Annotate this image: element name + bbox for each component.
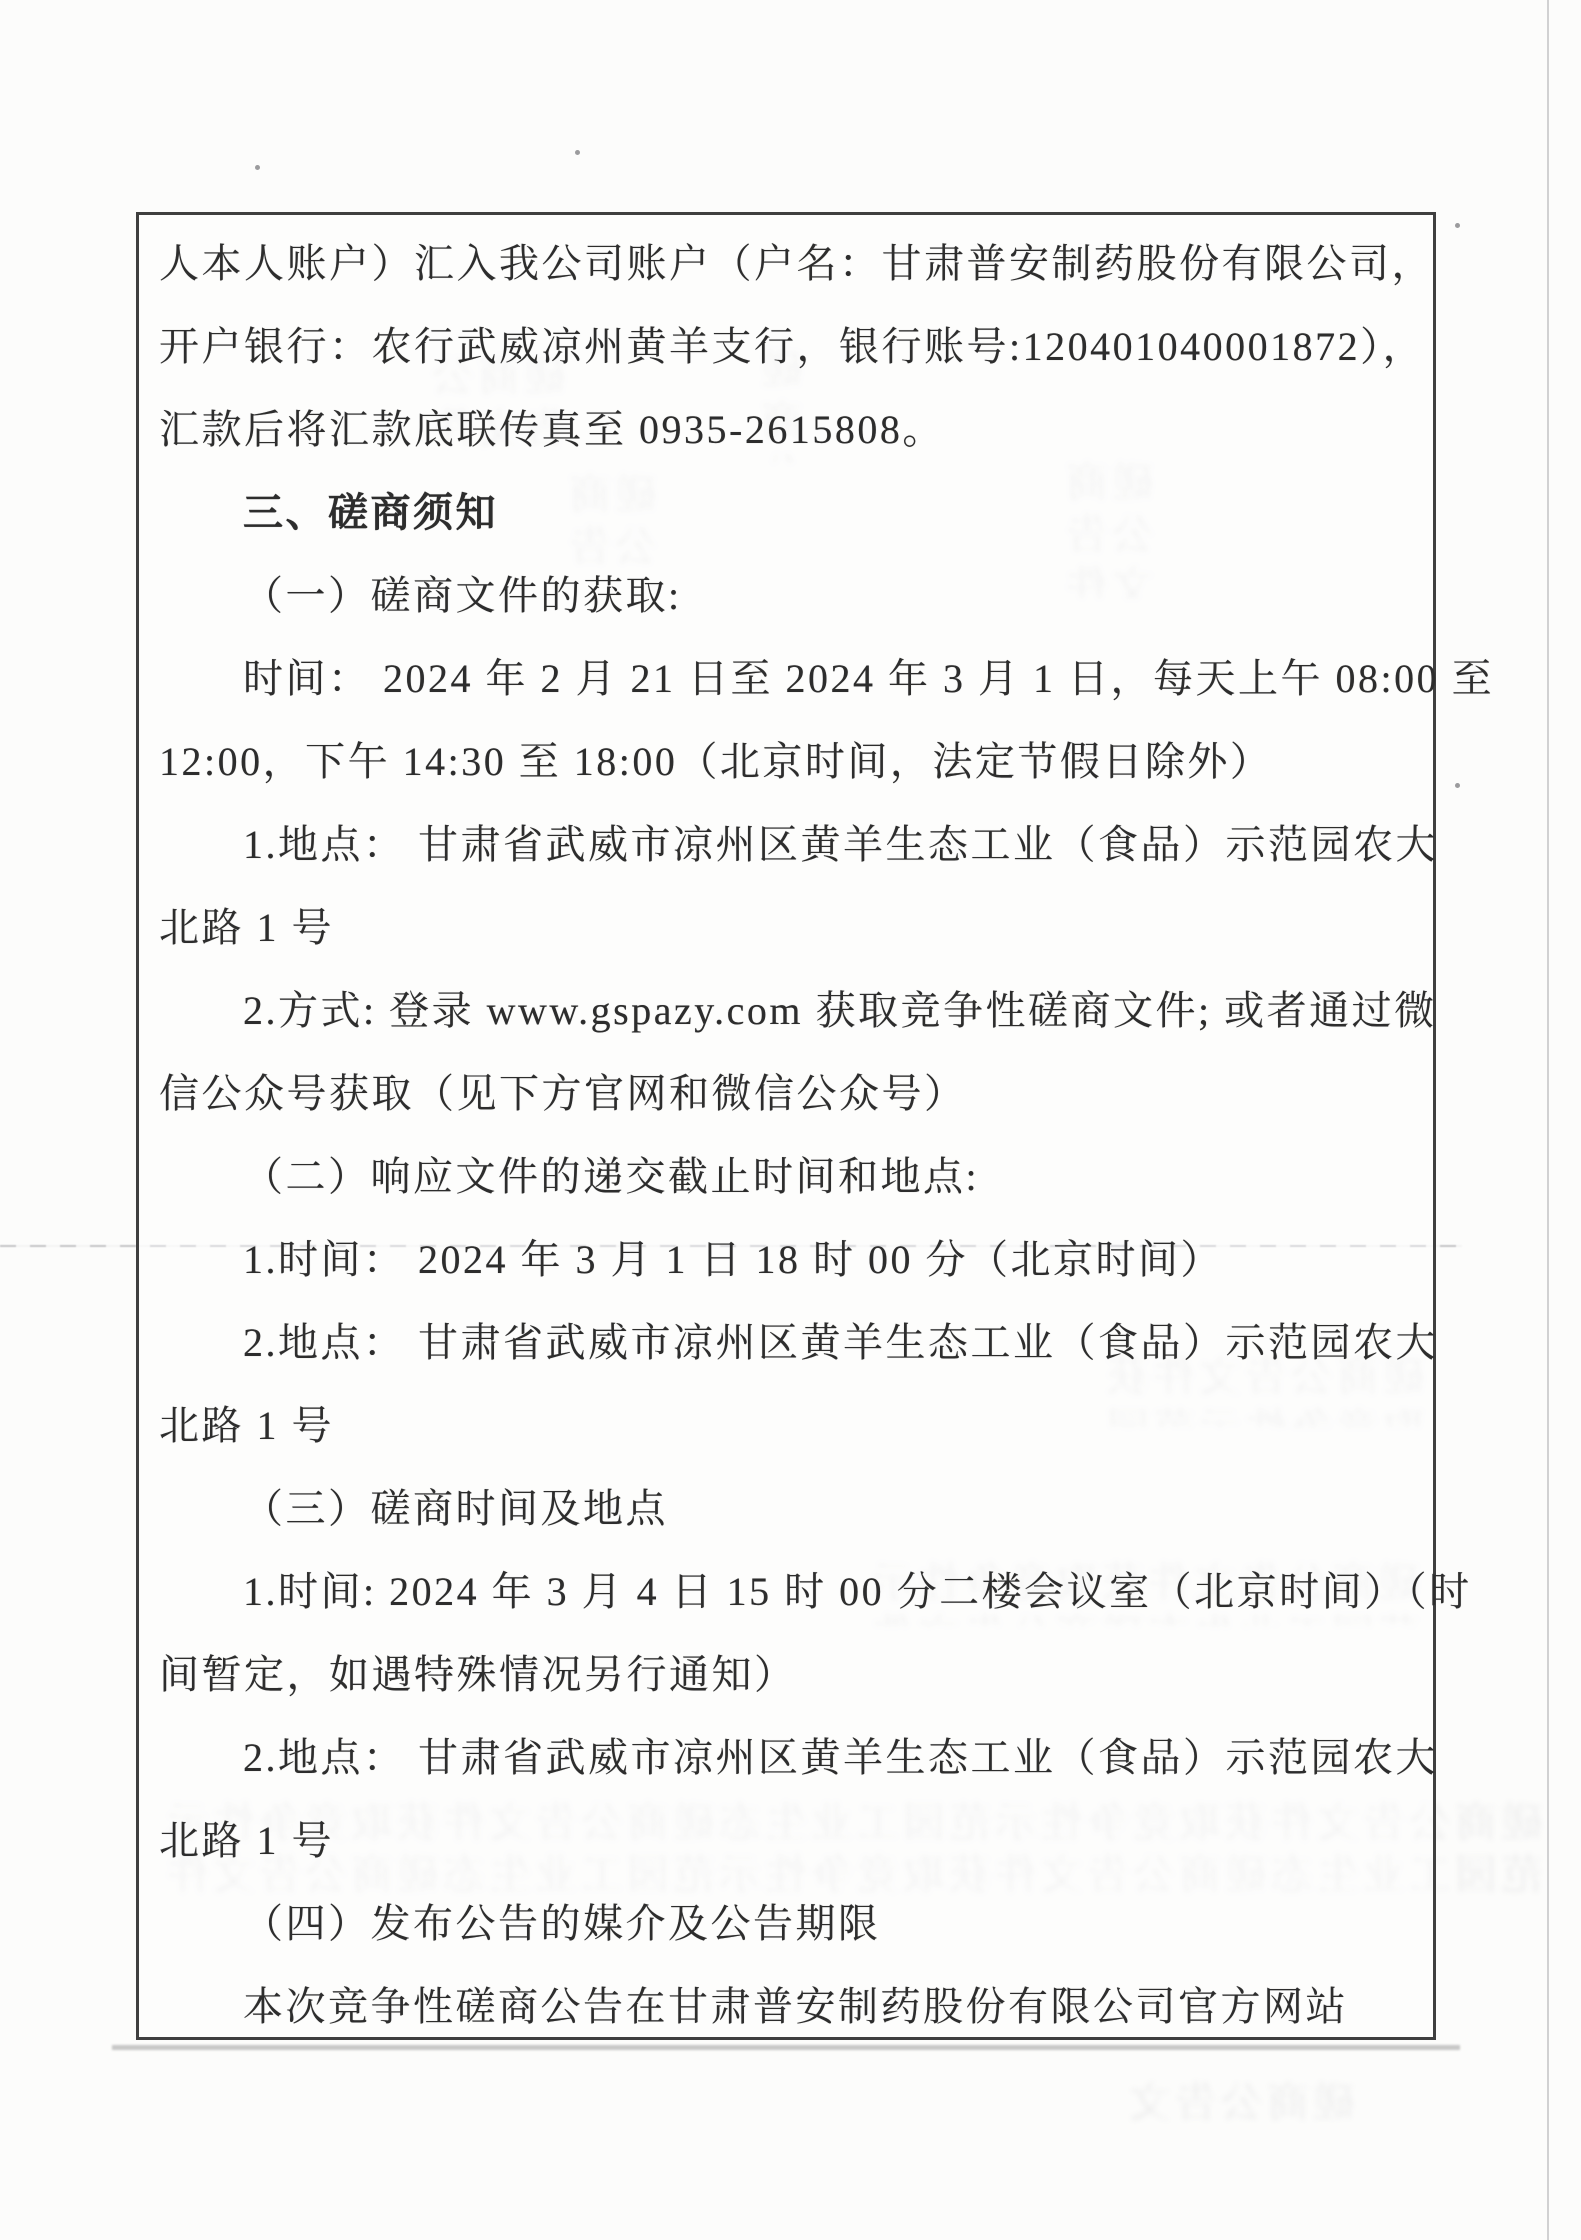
scanned-page: 磋商公告文件获取竞争性示范园工业生态磋商公告文件获取竞争性示范园工业生态磋商公告… [0,0,1581,2240]
text-line-22: 本次竞争性磋商公告在甘肃普安制药股份有限公司官方网站 [159,1965,1423,2048]
ink-speck-2 [575,150,580,155]
text-line-11: 信公众号获取（见下方官网和微信公众号） [159,1052,1423,1135]
ink-speck-3 [1455,223,1460,228]
text-line-10: 2.方式: 登录 www.gspazy.com 获取竞争性磋商文件; 或者通过微 [159,969,1423,1052]
red-seal-fragment: 【刘丶工彡卜 [1524,756,1581,1036]
text-line-15: 北路 1 号 [159,1384,1423,1467]
text-line-12: （二）响应文件的递交截止时间和地点: [159,1135,1423,1218]
text-line-5: （一）磋商文件的获取: [159,554,1423,637]
red-seal-marks: 【刘丶工彡卜 [1529,756,1581,1036]
text-line-13: 1.时间： 2024 年 3 月 1 日 18 时 00 分（北京时间） [159,1218,1423,1301]
document-border-frame: 人本人账户）汇入我公司账户（户名：甘肃普安制药股份有限公司，开户银行：农行武威凉… [136,212,1436,2040]
ink-speck-1 [255,165,260,170]
text-line-6: 时间： 2024 年 2 月 21 日至 2024 年 3 月 1 日，每天上午… [159,637,1423,720]
text-line-14: 2.地点： 甘肃省武威市凉州区黄羊生态工业（食品）示范园农大 [159,1301,1423,1384]
text-line-20: 北路 1 号 [159,1799,1423,1882]
document-body: 人本人账户）汇入我公司账户（户名：甘肃普安制药股份有限公司，开户银行：农行武威凉… [139,215,1433,2037]
ink-speck-4 [1455,783,1460,788]
text-line-7: 12:00，下午 14:30 至 18:00（北京时间，法定节假日除外） [159,720,1423,803]
scan-edge-line [1547,0,1549,2240]
ghost-smudge-8: 磋商公告文件获取竞争性示范园工业生态 [1085,2078,1355,2133]
text-line-8: 1.地点： 甘肃省武威市凉州区黄羊生态工业（食品）示范园农大 [159,803,1423,886]
text-line-4: 三、磋商须知 [159,471,1423,554]
text-line-21: （四）发布公告的媒介及公告期限 [159,1882,1423,1965]
bottom-border-shadow [112,2045,1460,2050]
text-line-9: 北路 1 号 [159,886,1423,969]
text-line-1: 人本人账户）汇入我公司账户（户名：甘肃普安制药股份有限公司， [159,222,1423,305]
text-line-17: 1.时间: 2024 年 3 月 4 日 15 时 00 分二楼会议室（北京时间… [159,1550,1423,1633]
text-line-18: 间暂定，如遇特殊情况另行通知） [159,1633,1423,1716]
text-line-19: 2.地点： 甘肃省武威市凉州区黄羊生态工业（食品）示范园农大 [159,1716,1423,1799]
text-line-2: 开户银行：农行武威凉州黄羊支行，银行账号:120401040001872）， [159,305,1423,388]
text-line-16: （三）磋商时间及地点 [159,1467,1423,1550]
text-line-3: 汇款后将汇款底联传真至 0935-2615808。 [159,388,1423,471]
